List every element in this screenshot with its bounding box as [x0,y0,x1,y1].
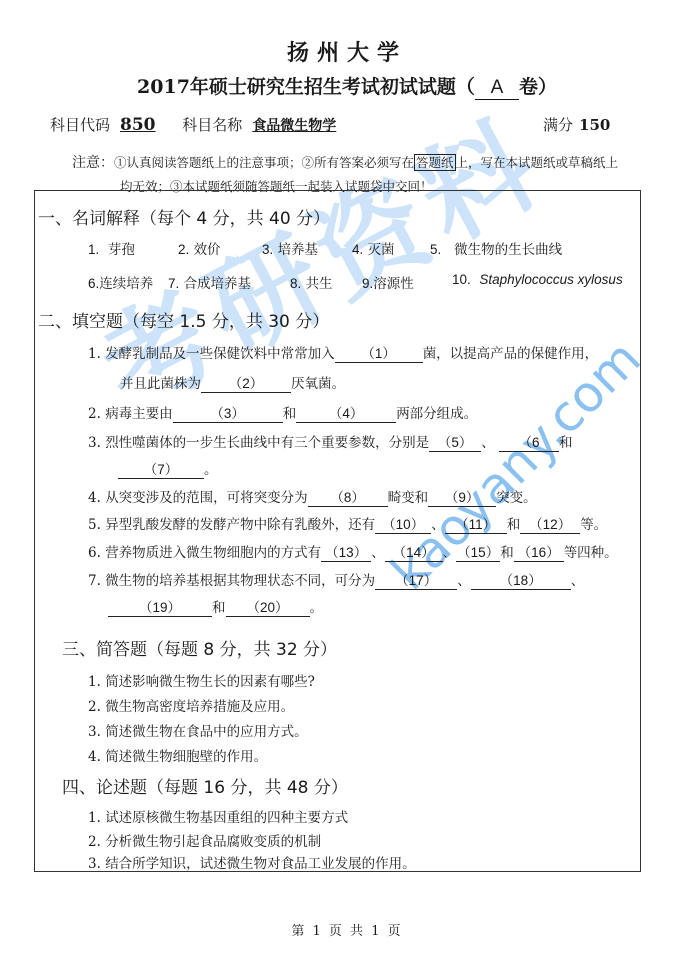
blank-15: （15） [456,541,500,562]
essay-2: 2. 分析微生物引起食品腐败变质的机制 [88,830,321,850]
section-4-title: 四、论述题（每题 16 分，共 48 分） [62,773,348,798]
blank-1: （1） [335,342,423,363]
subject-code-label: 科目代码 [50,116,110,134]
section-3-title: 三、简答题（每题 8 分，共 32 分） [62,635,337,660]
blank-16: （16） [514,541,564,562]
short-answer-3: 3. 简述微生物在食品中的应用方式。 [88,720,308,740]
fill-q3-line1: 3. 烈性噬菌体的一步生长曲线中有三个重要参数，分别是（5）、 （6和 [88,431,572,452]
subject-info: 科目代码850 科目名称食品微生物学 [50,114,336,135]
term-9: 9.溶源性 [362,272,414,292]
exam-title-prefix: 2017年硕士研究生招生考试初试试题（ [137,76,475,98]
term-10: 10. Staphylococcus xylosus [452,272,623,288]
term-1: 1. 芽孢 [88,238,135,258]
blank-8: （8） [308,486,388,507]
exam-title: 2017年硕士研究生招生考试初试试题（A卷） [0,72,694,100]
fill-q2: 2. 病毒主要由（3）和（4）两部分组成。 [88,402,477,423]
exam-title-suffix: 卷） [519,76,557,98]
section-1-title: 一、名词解释（每个 4 分，共 40 分） [38,204,330,229]
term-8: 8. 共生 [290,272,333,292]
blank-4: （4） [296,402,396,423]
blank-14: （14） [385,541,443,562]
notice-line-1: 注意：①认真阅读答题纸上的注意事项；②所有答案必须写在答题纸上，写在本试题纸或草… [72,152,618,172]
blank-20: （20） [226,596,310,617]
term-7: 7. 合成培养基 [168,272,251,292]
term-2: 2. 效价 [178,238,221,258]
blank-17: （17） [375,569,457,590]
term-5: 5. 微生物的生长曲线 [430,238,562,258]
full-score-value: 150 [579,116,610,134]
notice-text-a: ①认真阅读答题纸上的注意事项；②所有答案必须写在 [114,155,414,170]
fill-q4: 4. 从突变涉及的范围，可将突变分为（8）畸变和（9）突变。 [88,486,537,507]
fill-q1-line2: 并且此菌株为（2）厌氧菌。 [120,372,345,393]
term-4: 4. 灭菌 [352,238,395,258]
subject-code: 850 [120,115,156,135]
blank-18: （18） [471,569,571,590]
subject-name: 食品微生物学 [252,118,336,134]
paper-version: A [475,77,519,100]
blank-5: （5） [429,431,481,452]
university-title: 扬州大学 [0,36,694,67]
fill-q5: 5. 异型乳酸发酵的发酵产物中除有乳酸外，还有（10）、（11）和（12）等。 [88,513,607,534]
subject-name-label: 科目名称 [182,116,242,134]
blank-10: （10） [375,513,431,534]
blank-19: （19） [108,596,212,617]
short-answer-2: 2. 微生物高密度培养措施及应用。 [88,695,294,715]
full-score: 满分150 [543,114,610,135]
term-6: 6.连续培养 [88,272,153,292]
blank-9: （9） [428,486,496,507]
blank-6: （6 [499,431,559,452]
term-3: 3. 培养基 [262,238,318,258]
notice-text-b: 上，写在本试题纸或草稿纸上 [456,155,619,170]
fill-q6: 6. 营养物质进入微生物细胞内的方式有（13）、（14）、（15）和（16）等四… [88,541,618,562]
essay-3: 3. 结合所学知识，试述微生物对食品工业发展的作用。 [88,852,416,872]
blank-11: （11） [445,513,507,534]
blank-12: （12） [520,513,580,534]
blank-13: （13） [321,541,371,562]
notice-label: 注意： [72,155,114,171]
fill-q1-line1: 1. 发酵乳制品及一些保健饮料中常常加入（1）菌，以提高产品的保健作用， [88,342,598,363]
full-score-label: 满分 [543,116,573,134]
short-answer-1: 1. 简述影响微生物生长的因素有哪些? [88,670,315,690]
fill-q7-line2: （19）和（20）。 [108,596,323,617]
fill-q7-line1: 7. 微生物的培养基根据其物理状态不同，可分为（17）、（18）、 [88,569,584,590]
blank-7: （7） [118,458,204,479]
short-answer-4: 4. 简述微生物细胞壁的作用。 [88,745,267,765]
essay-1: 1. 试述原核微生物基因重组的四种主要方式 [88,806,348,826]
answer-sheet-boxed: 答题纸 [414,154,456,171]
section-2-title: 二、填空题（每空 1.5 分，共 30 分） [38,307,329,332]
page-number: 第 1 页 共 1 页 [0,920,694,939]
blank-3: （3） [173,402,283,423]
blank-2: （2） [201,372,291,393]
fill-q3-line2: （7）。 [118,458,218,479]
